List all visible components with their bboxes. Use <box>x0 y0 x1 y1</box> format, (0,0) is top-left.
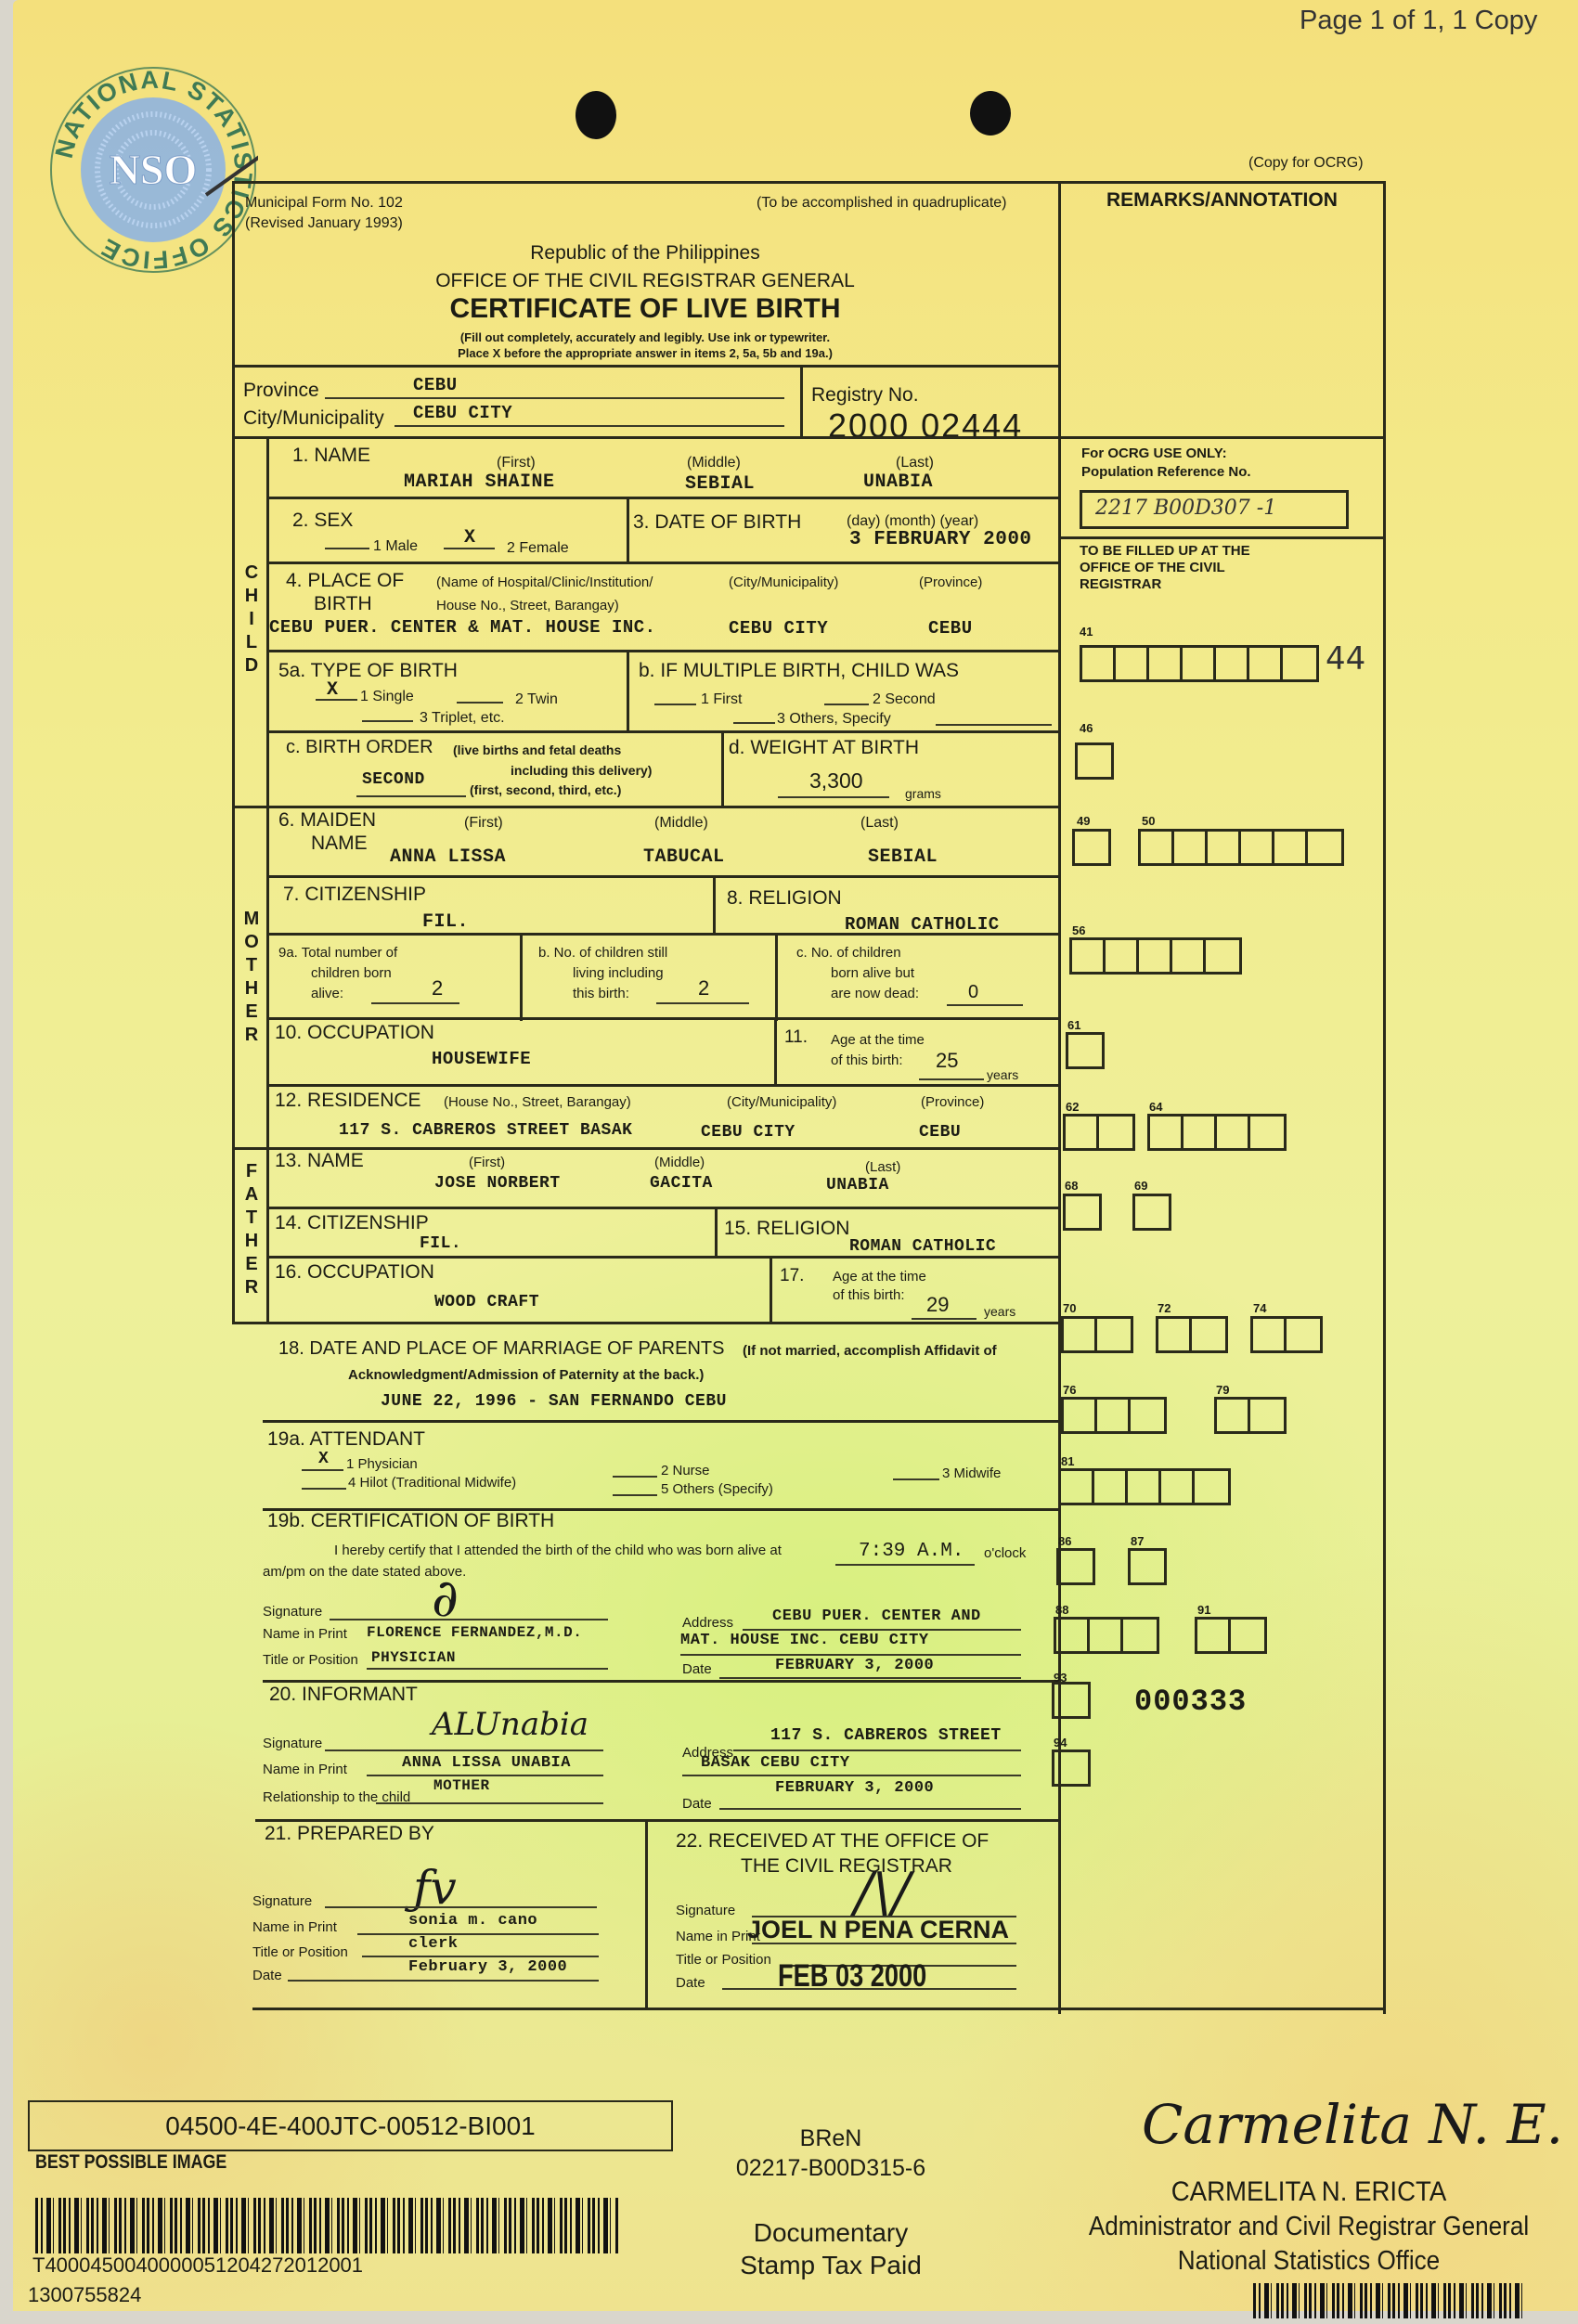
code-79-label: 79 <box>1216 1383 1229 1397</box>
weight-unit: grams <box>905 787 941 801</box>
informant-date-label: Date <box>682 1796 712 1812</box>
population-ref-label: Population Reference No. <box>1081 464 1251 480</box>
weight-underline <box>778 796 889 798</box>
residence-city-hint: (City/Municipality) <box>727 1095 836 1111</box>
code-41-cells[interactable] <box>1080 645 1319 682</box>
father-religion-value: ROMAN CATHOLIC <box>849 1237 996 1256</box>
registry-label: Registry No. <box>811 385 919 405</box>
province-value: CEBU <box>413 375 458 395</box>
location-top-line <box>232 365 1058 368</box>
received-label-1: 22. RECEIVED AT THE OFFICE OF <box>676 1831 989 1851</box>
informant-address-line-2 <box>682 1775 1021 1776</box>
population-ref-value: 2217 B00D307 -1 <box>1095 497 1276 520</box>
multiple-others-blank <box>733 722 775 724</box>
prepared-name: sonia m. cano <box>408 1912 537 1930</box>
dob-divider <box>627 497 629 563</box>
code-81-cells[interactable] <box>1058 1468 1231 1505</box>
code-86-label: 86 <box>1058 1534 1071 1548</box>
code-49-label: 49 <box>1077 814 1090 828</box>
code-64-cells[interactable] <box>1147 1114 1287 1151</box>
multiple-second-option: 2 Second <box>873 691 936 708</box>
marriage-value: JUNE 22, 1996 - SAN FERNANDO CEBU <box>381 1392 727 1411</box>
code-76-cells[interactable] <box>1061 1397 1167 1434</box>
physician-date: FEBRUARY 3, 2000 <box>775 1657 934 1674</box>
attendant-nurse: 2 Nurse <box>661 1464 710 1479</box>
residence-hint: (House No., Street, Barangay) <box>444 1095 631 1111</box>
father-occupation-value: WOOD CRAFT <box>434 1293 539 1311</box>
child-first-name: MARIAH SHAINE <box>404 471 555 493</box>
living-underline <box>656 1002 749 1004</box>
attendant-midwife: 3 Midwife <box>942 1466 1001 1482</box>
code-74-label: 74 <box>1253 1301 1266 1315</box>
informant-address-1: 117 S. CABREROS STREET <box>770 1726 1002 1745</box>
attendant-others-blank <box>613 1494 657 1496</box>
code-87-label: 87 <box>1131 1534 1144 1548</box>
informant-signature-line <box>325 1749 603 1751</box>
physician-address-line-1 <box>743 1629 1021 1631</box>
informant-relationship-line <box>376 1802 603 1804</box>
mother-religion-divider <box>713 875 716 934</box>
received-label-2: THE CIVIL REGISTRAR <box>741 1856 952 1876</box>
code-76-label: 76 <box>1063 1383 1076 1397</box>
weight-label: d. WEIGHT AT BIRTH <box>729 738 919 757</box>
father-last-name: UNABIA <box>826 1176 889 1194</box>
ocrg-top-line <box>1058 436 1385 439</box>
code-81-label: 81 <box>1061 1454 1074 1468</box>
prepared-title: clerk <box>408 1935 459 1953</box>
mother-middle-hint: (Middle) <box>654 815 708 832</box>
physician-address-1: CEBU PUER. CENTER AND <box>772 1607 981 1625</box>
signatory-name: CARMELITA N. ERICTA <box>1061 2176 1557 2208</box>
prepared-name-label: Name in Print <box>252 1919 337 1935</box>
received-name: JOEL N PENA CERNA <box>747 1916 1009 1944</box>
pob-place-value: CEBU PUER. CENTER & MAT. HOUSE INC. <box>269 617 656 638</box>
code-56-label: 56 <box>1072 923 1085 937</box>
birth-order-underline <box>356 795 466 797</box>
residence-province-hint: (Province) <box>921 1095 984 1111</box>
physician-date-line <box>719 1677 1021 1679</box>
father-age-divider <box>770 1256 772 1323</box>
instructions-line-2: Place X before the appropriate answer in… <box>0 347 1058 361</box>
dob-value: 3 FEBRUARY 2000 <box>849 529 1032 550</box>
born-alive-label-3: alive: <box>311 986 343 1001</box>
province-underline <box>325 397 784 399</box>
father-age-unit: years <box>984 1304 1015 1319</box>
born-alive-underline <box>371 1002 459 1004</box>
pob-province-value: CEBU <box>928 618 973 639</box>
mother-name-label-2: NAME <box>311 833 368 853</box>
fill-up-line-3: REGISTRAR <box>1080 576 1161 592</box>
birth-order-hint-2: including this delivery) <box>511 763 652 778</box>
type-twin-blank <box>457 702 503 704</box>
ocrg-use-only: For OCRG USE ONLY: <box>1081 445 1227 461</box>
sex-female-mark: X <box>464 527 476 549</box>
registry-divider <box>800 365 803 439</box>
attendant-mark: X <box>318 1450 329 1468</box>
city-underline <box>394 425 784 427</box>
certificate-title: CERTIFICATE OF LIVE BIRTH <box>0 295 1058 323</box>
office-heading: OFFICE OF THE CIVIL REGISTRAR GENERAL <box>0 271 1058 290</box>
code-88-label: 88 <box>1055 1603 1068 1617</box>
dead-label-3: are now dead: <box>831 986 919 1001</box>
informant-signature-label: Signature <box>263 1736 322 1751</box>
father-side-divider <box>266 1147 269 1323</box>
father-age-value: 29 <box>926 1293 949 1317</box>
living-label-3: this birth: <box>573 986 629 1001</box>
form-top-border <box>232 181 1385 184</box>
code-87-cells[interactable] <box>1128 1548 1167 1585</box>
code-94-cells[interactable] <box>1052 1749 1091 1787</box>
multiple-first-blank <box>654 704 696 705</box>
born-alive-label-2: children born <box>311 965 392 981</box>
mother-occupation-label: 10. OCCUPATION <box>275 1023 434 1042</box>
code-56-cells[interactable] <box>1069 937 1242 975</box>
physician-title-label: Title or Position <box>263 1652 358 1668</box>
informant-name: ANNA LISSA UNABIA <box>402 1754 571 1772</box>
code-68-cells[interactable] <box>1063 1194 1102 1231</box>
father-last-hint: (Last) <box>865 1160 900 1176</box>
dead-divider <box>775 933 778 1021</box>
dead-label-1: c. No. of children <box>796 945 901 961</box>
child-side-label: C H I L D <box>238 562 265 678</box>
father-occupation-label: 16. OCCUPATION <box>275 1262 434 1282</box>
marriage-hint-1: (If not married, accomplish Affidavit of <box>743 1343 997 1359</box>
sex-female-option: 2 Female <box>507 540 569 557</box>
weight-value: 3,300 <box>809 768 863 794</box>
prepared-date: February 3, 2000 <box>408 1958 567 1976</box>
informant-top-line <box>263 1680 1058 1683</box>
stamp-tax-line-1: Documentary <box>696 2218 965 2248</box>
certification-text-1: I hereby certify that I attended the bir… <box>334 1543 782 1558</box>
sex-label: 2. SEX <box>292 510 353 530</box>
fill-up-line-2: OFFICE OF THE CIVIL <box>1080 560 1225 575</box>
code-93-cells[interactable] <box>1052 1682 1091 1719</box>
mother-last-name: SEBIAL <box>868 846 938 868</box>
informant-date: FEBRUARY 3, 2000 <box>775 1779 934 1797</box>
living-label-2: living including <box>573 965 664 981</box>
quadruplicate-note: (To be accomplished in quadruplicate) <box>757 195 1006 212</box>
received-signature-label: Signature <box>676 1903 735 1918</box>
informant-relationship: MOTHER <box>433 1777 490 1794</box>
page-indicator: Page 1 of 1, 1 Copy <box>1300 6 1537 36</box>
prepared-date-label: Date <box>252 1968 282 1983</box>
code-72-label: 72 <box>1158 1301 1171 1315</box>
registrar-general-signature: Carmelita N. E. <box>1142 2093 1563 2156</box>
certification-label: 19b. CERTIFICATION OF BIRTH <box>267 1511 554 1530</box>
code-74-cells[interactable] <box>1250 1316 1323 1353</box>
physician-name: FLORENCE FERNANDEZ,M.D. <box>367 1624 582 1641</box>
multiple-first-option: 1 First <box>701 691 742 708</box>
mother-name-label-1: 6. MAIDEN <box>278 810 376 830</box>
code-94-label: 94 <box>1054 1736 1067 1749</box>
physician-title-line <box>367 1668 608 1670</box>
physician-address-label: Address <box>682 1615 733 1631</box>
code-88-cells[interactable] <box>1054 1617 1159 1654</box>
pob-hint-1: (Name of Hospital/Clinic/Institution/ <box>436 575 653 591</box>
dead-underline <box>947 1004 1023 1006</box>
father-age-number: 17. <box>780 1267 804 1285</box>
svg-text:NSO: NSO <box>110 146 198 193</box>
pob-city-hint: (City/Municipality) <box>729 575 838 591</box>
father-religion-label: 15. RELIGION <box>724 1219 849 1238</box>
multiple-birth-label: b. IF MULTIPLE BIRTH, CHILD WAS <box>639 661 959 680</box>
received-name-line <box>752 1943 1016 1944</box>
footer-barcode-small <box>1253 2283 1522 2318</box>
father-age-label-2: of this birth: <box>833 1287 905 1303</box>
father-bottom-line <box>232 1322 1058 1324</box>
prepared-title-line <box>362 1956 599 1957</box>
dead-value: 0 <box>968 982 978 1003</box>
stamp-tax-line-2: Stamp Tax Paid <box>696 2251 965 2280</box>
received-date-line <box>722 1988 1016 1990</box>
type-single-mark: X <box>327 679 339 701</box>
prepared-label: 21. PREPARED BY <box>265 1824 434 1843</box>
mother-side-label: M O T H E R <box>238 908 265 1047</box>
code-70-label: 70 <box>1063 1301 1076 1315</box>
pob-label-2: BIRTH <box>314 594 372 613</box>
pob-province-hint: (Province) <box>919 575 982 591</box>
father-citizenship-label: 14. CITIZENSHIP <box>275 1213 429 1233</box>
mother-occupation-value: HOUSEWIFE <box>432 1049 531 1069</box>
dob-hint: (day) (month) (year) <box>847 513 978 530</box>
barcode-text: T4000450040000051204272012001 <box>32 2253 363 2278</box>
sex-male-option: 1 Male <box>373 538 418 555</box>
code-62-label: 62 <box>1066 1100 1079 1114</box>
residence-value: 117 S. CABREROS STREET BASAK <box>339 1121 632 1140</box>
father-age-label-1: Age at the time <box>833 1269 926 1285</box>
living-divider <box>520 933 523 1021</box>
prepared-date-line <box>288 1980 599 1982</box>
punch-hole-right <box>970 91 1011 136</box>
dob-label: 3. DATE OF BIRTH <box>633 512 801 532</box>
birth-order-top-line <box>266 730 1058 733</box>
father-citizenship-value: FIL. <box>420 1234 461 1253</box>
code-62-cells[interactable] <box>1063 1114 1135 1151</box>
certification-oclock: o'clock <box>984 1545 1026 1561</box>
birth-type-top-line <box>266 650 1058 652</box>
attendant-midwife-blank <box>893 1478 939 1480</box>
prepared-received-divider <box>645 1819 648 2009</box>
birth-order-hint-3: (first, second, third, etc.) <box>470 782 621 797</box>
type-of-birth-label: 5a. TYPE OF BIRTH <box>278 661 458 680</box>
born-alive-value: 2 <box>432 976 443 1001</box>
mother-first-name: ANNA LISSA <box>390 846 506 868</box>
father-first-name: JOSE NORBERT <box>434 1174 561 1193</box>
prepared-top-line <box>255 1819 1058 1822</box>
remarks-right-border <box>1383 181 1386 2014</box>
certification-time: 7:39 A.M. <box>859 1541 964 1562</box>
attendant-others: 5 Others (Specify) <box>661 1482 773 1498</box>
best-possible-image: BEST POSSIBLE IMAGE <box>35 2151 226 2174</box>
physician-name-label: Name in Print <box>263 1626 347 1642</box>
attendant-physician: 1 Physician <box>346 1457 418 1473</box>
bren-number: 02217-B00D315-6 <box>696 2155 965 2182</box>
pob-city-value: CEBU CITY <box>729 618 828 639</box>
attendant-nurse-blank <box>613 1476 657 1478</box>
attendant-label: 19a. ATTENDANT <box>267 1429 425 1449</box>
sub-number: 1300755824 <box>28 2283 141 2307</box>
code-41-suffix: 44 <box>1326 640 1365 678</box>
code-91-label: 91 <box>1197 1603 1210 1617</box>
residence-city-value: CEBU CITY <box>701 1123 795 1142</box>
signatory-office: National Statistics Office <box>1067 2246 1551 2277</box>
physician-title: PHYSICIAN <box>371 1649 456 1666</box>
mother-age-value: 25 <box>936 1049 958 1073</box>
mother-age-label-2: of this birth: <box>831 1052 903 1068</box>
type-triplet-blank <box>362 720 413 722</box>
physician-date-label: Date <box>682 1661 712 1677</box>
code-68-label: 68 <box>1065 1179 1078 1193</box>
informant-date-line <box>719 1808 1021 1810</box>
remarks-title: REMARKS/ANNOTATION <box>1106 190 1338 210</box>
marriage-label: 18. DATE AND PLACE OF MARRIAGE OF PARENT… <box>278 1339 724 1358</box>
code-50-label: 50 <box>1142 814 1155 828</box>
physician-signature-label: Signature <box>263 1604 322 1620</box>
signatory-title: Administrator and Civil Registrar Genera… <box>1067 2212 1551 2242</box>
serial-number: 04500-4E-400JTC-00512-BI001 <box>28 2111 673 2141</box>
birth-order-label: c. BIRTH ORDER <box>286 738 433 756</box>
copy-for-ocrg: (Copy for OCRG) <box>1248 155 1364 172</box>
mother-citizenship-label: 7. CITIZENSHIP <box>283 884 426 904</box>
form-number: Municipal Form No. 102 <box>245 195 403 212</box>
father-first-hint: (First) <box>469 1156 505 1171</box>
child-last-name: UNABIA <box>863 471 933 493</box>
code-72-cells[interactable] <box>1156 1316 1228 1353</box>
prepared-title-label: Title or Position <box>252 1944 348 1960</box>
multiple-second-blank <box>824 704 869 705</box>
pob-top-line <box>266 562 1058 564</box>
mother-side-divider <box>266 806 269 1149</box>
informant-name-label: Name in Print <box>263 1762 347 1777</box>
republic-heading: Republic of the Philippines <box>0 243 1058 263</box>
province-label: Province <box>243 381 319 400</box>
father-middle-name: GACITA <box>650 1174 713 1193</box>
form-revised: (Revised January 1993) <box>245 215 403 232</box>
stamp-number: 000333 <box>1134 1685 1247 1719</box>
mother-middle-name: TABUCAL <box>643 846 725 868</box>
mother-age-divider <box>774 1017 777 1086</box>
child-name-label: 1. NAME <box>292 445 370 465</box>
city-value: CEBU CITY <box>413 403 512 423</box>
mother-first-hint: (First) <box>464 815 503 832</box>
code-50-cells[interactable] <box>1138 829 1344 866</box>
father-name-label: 13. NAME <box>275 1151 364 1170</box>
code-46-label: 46 <box>1080 721 1093 735</box>
multiple-others-option: 3 Others, Specify <box>777 711 891 728</box>
mother-citizenship-top-line <box>266 875 1058 878</box>
multiple-others-specify-line <box>936 724 1052 726</box>
father-middle-hint: (Middle) <box>654 1156 705 1171</box>
code-69-cells[interactable] <box>1132 1194 1171 1231</box>
father-occupation-top-line <box>266 1256 1058 1259</box>
physician-address-line-2 <box>680 1654 1021 1656</box>
code-46-cells[interactable] <box>1075 742 1114 780</box>
bren-label: BReN <box>733 2125 928 2152</box>
mother-children-top-line <box>266 933 1058 936</box>
sex-male-blank <box>325 548 369 549</box>
child-last-hint: (Last) <box>896 455 934 471</box>
living-value: 2 <box>698 976 709 1001</box>
type-single-option: 1 Single <box>360 689 414 705</box>
code-91-cells[interactable] <box>1195 1617 1267 1654</box>
instructions-line-1: (Fill out completely, accurately and leg… <box>0 331 1058 345</box>
informant-address-line-1 <box>733 1749 1021 1751</box>
code-64-label: 64 <box>1149 1100 1162 1114</box>
mother-citizenship-value: FIL. <box>422 911 469 933</box>
physician-address-2: MAT. HOUSE INC. CEBU CITY <box>680 1632 929 1649</box>
prepared-name-line <box>357 1933 599 1935</box>
form-bottom-line <box>252 2008 1385 2010</box>
pob-label-1: 4. PLACE OF <box>286 571 404 590</box>
ocrg-divider-line <box>1058 536 1385 539</box>
type-twin-option: 2 Twin <box>515 691 558 708</box>
attendant-hilot-blank <box>302 1488 346 1490</box>
mother-religion-value: ROMAN CATHOLIC <box>845 914 1000 935</box>
fill-up-line-1: TO BE FILLED UP AT THE <box>1080 543 1250 559</box>
received-date-label: Date <box>676 1975 705 1991</box>
father-side-label: F A T H E R <box>238 1160 265 1299</box>
informant-signature: ALUnabia <box>432 1706 589 1743</box>
code-41-label: 41 <box>1080 625 1093 639</box>
code-61-label: 61 <box>1067 1018 1080 1032</box>
pob-hint-2: House No., Street, Barangay) <box>436 599 619 614</box>
barcode <box>35 2198 620 2253</box>
birth-order-hint-1: (live births and fetal deaths <box>453 742 621 757</box>
child-top-line <box>232 436 1058 439</box>
received-title-label: Title or Position <box>676 1952 771 1968</box>
living-label-1: b. No. of children still <box>538 945 667 961</box>
informant-name-line <box>367 1775 603 1776</box>
code-79-cells[interactable] <box>1214 1397 1287 1434</box>
attendant-top-line <box>263 1420 1058 1423</box>
code-69-label: 69 <box>1134 1179 1147 1193</box>
punch-hole-left <box>576 91 616 139</box>
dead-label-2: born alive but <box>831 965 914 981</box>
residence-province-value: CEBU <box>919 1123 961 1142</box>
mother-religion-label: 8. RELIGION <box>727 888 842 908</box>
attendant-hilot: 4 Hilot (Traditional Midwife) <box>348 1476 516 1491</box>
informant-label: 20. INFORMANT <box>269 1685 418 1704</box>
physician-signature-line <box>330 1619 608 1620</box>
code-49-cells[interactable] <box>1072 829 1111 866</box>
prepared-signature-line <box>325 1906 597 1908</box>
multiple-birth-divider <box>627 650 629 731</box>
weight-divider <box>721 730 724 807</box>
child-middle-name: SEBIAL <box>685 473 755 495</box>
type-triplet-option: 3 Triplet, etc. <box>420 710 505 727</box>
father-religion-divider <box>715 1207 718 1258</box>
residence-label: 12. RESIDENCE <box>275 1091 421 1110</box>
father-citizenship-top-line <box>266 1207 1058 1209</box>
child-middle-hint: (Middle) <box>687 455 741 471</box>
mother-last-hint: (Last) <box>860 815 899 832</box>
code-61-cells[interactable] <box>1066 1032 1105 1069</box>
child-first-hint: (First) <box>497 455 536 471</box>
code-70-cells[interactable] <box>1061 1316 1133 1353</box>
mother-top-line <box>232 806 1058 808</box>
mother-age-unit: years <box>987 1067 1018 1082</box>
born-alive-label-1: 9a. Total number of <box>278 945 397 961</box>
mother-age-label-1: Age at the time <box>831 1032 925 1048</box>
father-age-underline <box>912 1318 977 1320</box>
residence-top-line <box>266 1084 1058 1087</box>
prepared-signature-label: Signature <box>252 1893 312 1909</box>
registry-number: 2000 02444 <box>828 407 1023 445</box>
marriage-hint-2: Acknowledgment/Admission of Paternity at… <box>348 1367 704 1383</box>
informant-address-2: BASAK CEBU CITY <box>701 1754 850 1772</box>
code-86-cells[interactable] <box>1056 1548 1095 1585</box>
mother-age-underline <box>919 1078 984 1080</box>
